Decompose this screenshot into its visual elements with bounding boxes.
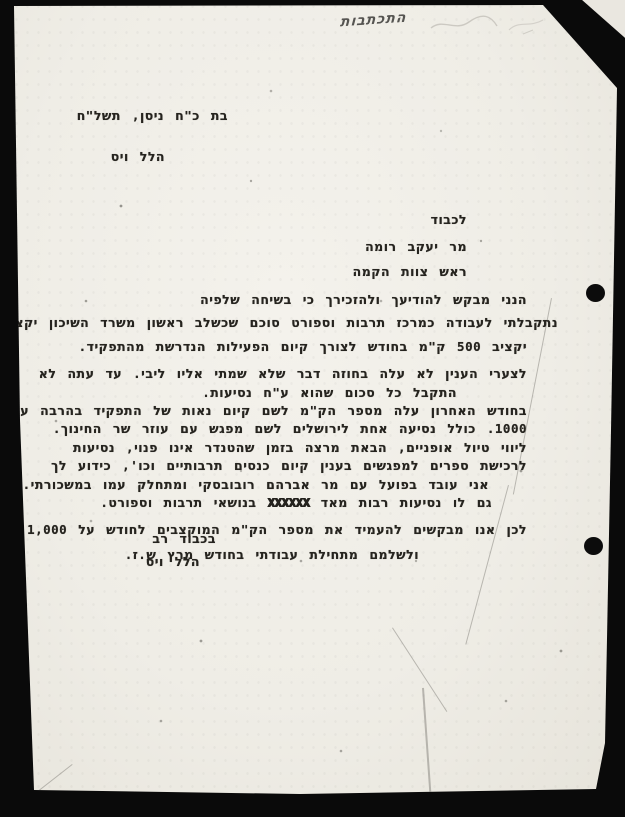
closing-signature: הלל ויס [146,554,200,569]
scan-background: התכתבות בת כ"ח ניסן, תשל"ח הלל ויס לכבוד… [0,0,625,817]
page-corner-behind [567,0,625,44]
body-line: לרכישת ספרים למפגשים בענין קיום כנסים תר… [57,457,527,475]
scan-speckle-noise [0,0,2,2]
body-line: אני עובד בפועל עם מר אברהם רובובסקי ומתח… [57,476,489,494]
recipient-name: מר יעקב רומה [365,239,467,254]
fold-crease [37,764,72,792]
body-line: נתקבלתי לעבודה כמרכז תרבות וספורט סוכם ש… [57,314,558,332]
recipient-salutation: לכבוד [431,212,467,227]
letter-body: הנני מבקש להודיעך ולהזכירך כי בשיחה שלפי… [57,291,527,564]
body-line: התקבל כל סכום שהוא ע"ח נסיעות. [57,384,457,402]
body-line: לצערי הענין לא עלה בחוזה דבר שלא שמתי אל… [57,365,527,383]
handwritten-annotation: התכתבות [340,10,408,31]
fold-crease [422,688,431,792]
body-line: לכן אנו מבקשים להעמיד את מספר הק"מ המוקצ… [57,521,527,539]
closing-regards: בכבוד רב [152,531,216,546]
recipient-title: ראש צוות הקמה [353,264,467,279]
body-line-with-overstrike: גם לו נסיעות רבות מאד XXXXXX בנושאי תרבו… [57,494,492,512]
letter-page: התכתבות בת כ"ח ניסן, תשל"ח הלל ויס לכבוד… [0,0,625,817]
body-line: ליווי טיול אופניים, הבאת מרצה בזמן שהטנד… [57,439,527,457]
overstrike-redaction: XXXXXX [268,495,310,510]
hole-punch-mark [584,537,603,555]
body-line: ולשלמם מתחילת עבודתי בחודש מרץ ש.ז. [57,546,419,564]
letter-date: בת כ"ח ניסן, תשל"ח [77,108,228,123]
hole-punch-mark [586,284,605,302]
pencil-scribble-mark [425,6,555,40]
body-line: יקציב 500 ק"מ בחודש לצורך קיום הפעילות ה… [57,338,527,356]
body-line: 1000. כולל נסיעה אחת לירושלים לשם מפגש ע… [57,420,527,438]
fold-crease [392,627,447,711]
body-line: בחודש האחרון עלה מספר הק"מ לשם קיום נאות… [57,402,527,420]
body-line: הנני מבקש להודיעך ולהזכירך כי בשיחה שלפי… [57,291,527,309]
sender-name: הלל ויס [111,149,165,164]
